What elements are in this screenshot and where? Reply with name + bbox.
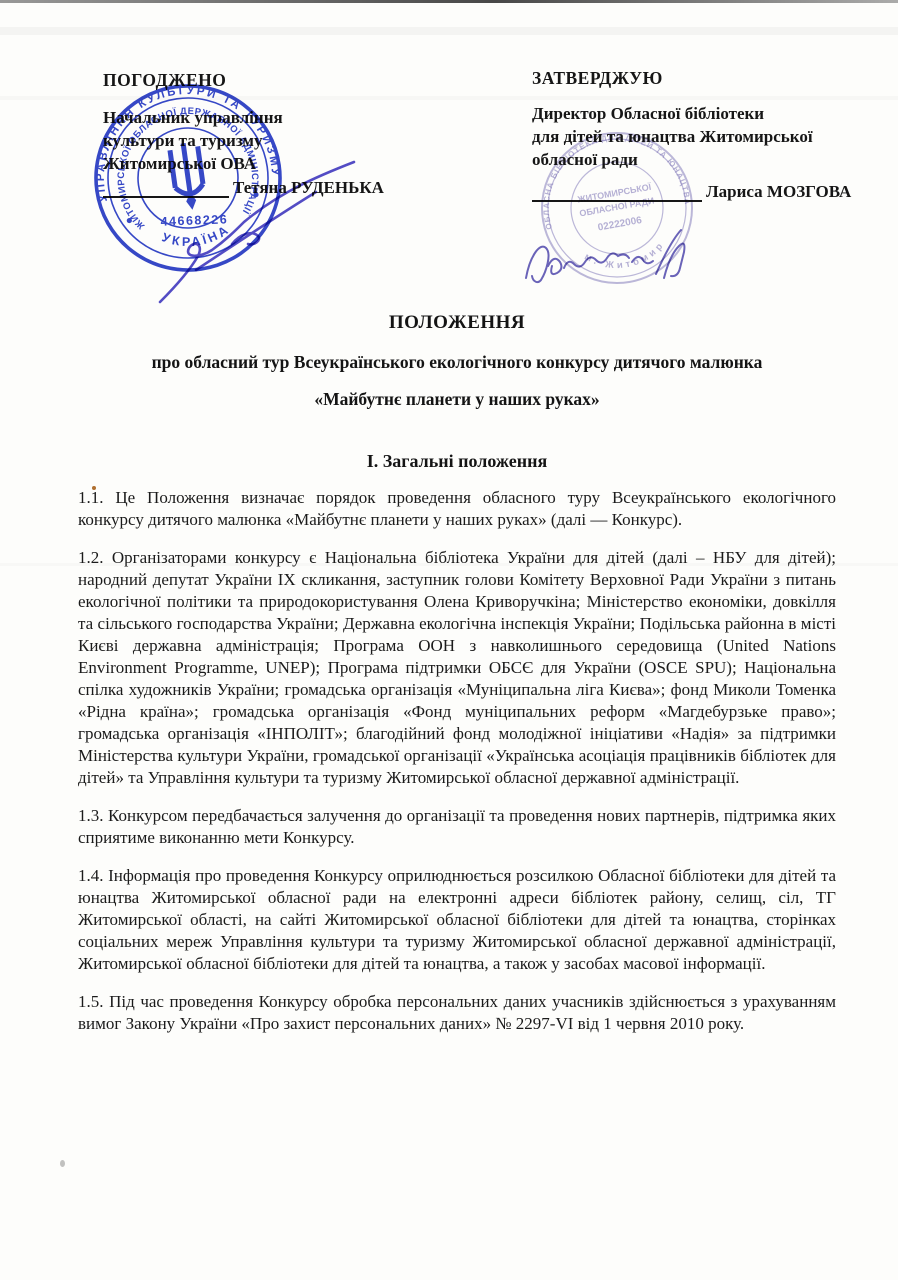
handwritten-signature-left (140, 148, 375, 318)
document-title: ПОЛОЖЕННЯ (78, 312, 836, 334)
approved-signer-name: Лариса МОЗГОВА (706, 182, 851, 202)
contest-name: «Майбутнє планети у наших руках» (78, 389, 836, 410)
paragraph-1-4: 1.4. Інформація про проведення Конкурсу … (78, 865, 836, 975)
paragraph-1-3: 1.3. Конкурсом передбачається залучення … (78, 805, 836, 849)
document-body: 1.1. Це Положення визначає порядок прове… (78, 487, 836, 1051)
paragraph-1-1: 1.1. Це Положення визначає порядок прове… (78, 487, 836, 531)
scanned-document-page: ПОГОДЖЕНО Начальник управління культури … (0, 0, 898, 1280)
svg-text:ОБЛАСНА БІБЛІОТЕКА ДЛЯ ДІТЕЙ Т: ОБЛАСНА БІБЛІОТЕКА ДЛЯ ДІТЕЙ ТА ЮНАЦТВА (530, 121, 693, 231)
paragraph-1-2: 1.2. Організаторами конкурсу є Національ… (78, 547, 836, 789)
approved-label: ЗАТВЕРДЖУЮ (532, 68, 882, 89)
paragraph-1-5: 1.5. Під час проведення Конкурсу обробка… (78, 991, 836, 1035)
document-subtitle: про обласний тур Всеукраїнського екологі… (78, 352, 836, 373)
section-heading: І. Загальні положення (78, 451, 836, 472)
handwritten-signature-right (518, 226, 718, 296)
scanner-edge (0, 0, 898, 3)
stamp-right-ring-text: ОБЛАСНА БІБЛІОТЕКА ДЛЯ ДІТЕЙ ТА ЮНАЦТВА (530, 121, 693, 231)
scan-speck (60, 1160, 65, 1167)
scan-streak (0, 27, 898, 35)
